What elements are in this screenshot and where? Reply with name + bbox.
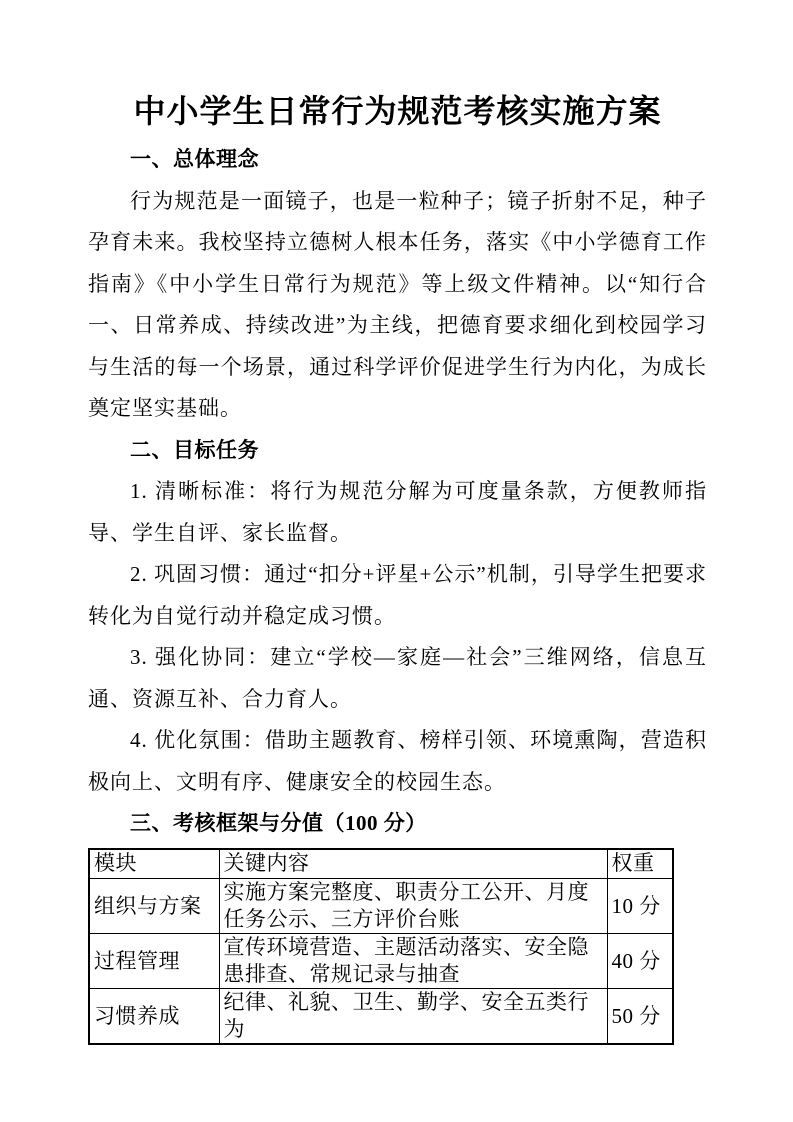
paragraph-goal-3: 3. 强化协同：建立“学校—家庭—社会”三维网络，信息互通、资源互补、合力育人。 [88, 637, 707, 720]
paragraph-overall-concept: 行为规范是一面镜子，也是一粒种子；镜子折射不足，种子孕育未来。我校坚持立德树人根… [88, 181, 707, 430]
table-header-weight: 权重 [607, 849, 673, 879]
document-title: 中小学生日常行为规范考核实施方案 [88, 83, 707, 139]
section-heading-overall-concept: 一、总体理念 [88, 139, 707, 181]
table-cell-content: 纪律、礼貌、卫生、勤学、安全五类行为 [219, 989, 607, 1045]
paragraph-goal-2: 2. 巩固习惯：通过“扣分+评星+公示”机制，引导学生把要求转化为自觉行动并稳定… [88, 554, 707, 637]
document-page: 中小学生日常行为规范考核实施方案 一、总体理念 行为规范是一面镜子，也是一粒种子… [0, 0, 793, 1122]
table-cell-module: 过程管理 [89, 934, 219, 989]
table-cell-weight: 10 分 [607, 879, 673, 934]
table-row-habit-formation: 习惯养成 纪律、礼貌、卫生、勤学、安全五类行为 50 分 [89, 989, 673, 1045]
table-header-key-content: 关键内容 [219, 849, 607, 879]
table-cell-module: 习惯养成 [89, 989, 219, 1045]
table-cell-weight: 50 分 [607, 989, 673, 1045]
table-cell-module: 组织与方案 [89, 879, 219, 934]
table-cell-weight: 40 分 [607, 934, 673, 989]
table-cell-content: 宣传环境营造、主题活动落实、安全隐患排查、常规记录与抽查 [219, 934, 607, 989]
table-row-organization: 组织与方案 实施方案完整度、职责分工公开、月度任务公示、三方评价台账 10 分 [89, 879, 673, 934]
paragraph-goal-1: 1. 清晰标准：将行为规范分解为可度量条款，方便教师指导、学生自评、家长监督。 [88, 471, 707, 554]
section-heading-assessment-framework: 三、考核框架与分值（100 分） [88, 803, 707, 845]
table-row-process-management: 过程管理 宣传环境营造、主题活动落实、安全隐患排查、常规记录与抽查 40 分 [89, 934, 673, 989]
table-header-module: 模块 [89, 849, 219, 879]
table-header-row: 模块 关键内容 权重 [89, 849, 673, 879]
table-cell-content: 实施方案完整度、职责分工公开、月度任务公示、三方评价台账 [219, 879, 607, 934]
assessment-table: 模块 关键内容 权重 组织与方案 实施方案完整度、职责分工公开、月度任务公示、三… [88, 848, 674, 1046]
paragraph-goal-4: 4. 优化氛围：借助主题教育、榜样引领、环境熏陶，营造积极向上、文明有序、健康安… [88, 720, 707, 803]
section-heading-goals-tasks: 二、目标任务 [88, 430, 707, 472]
